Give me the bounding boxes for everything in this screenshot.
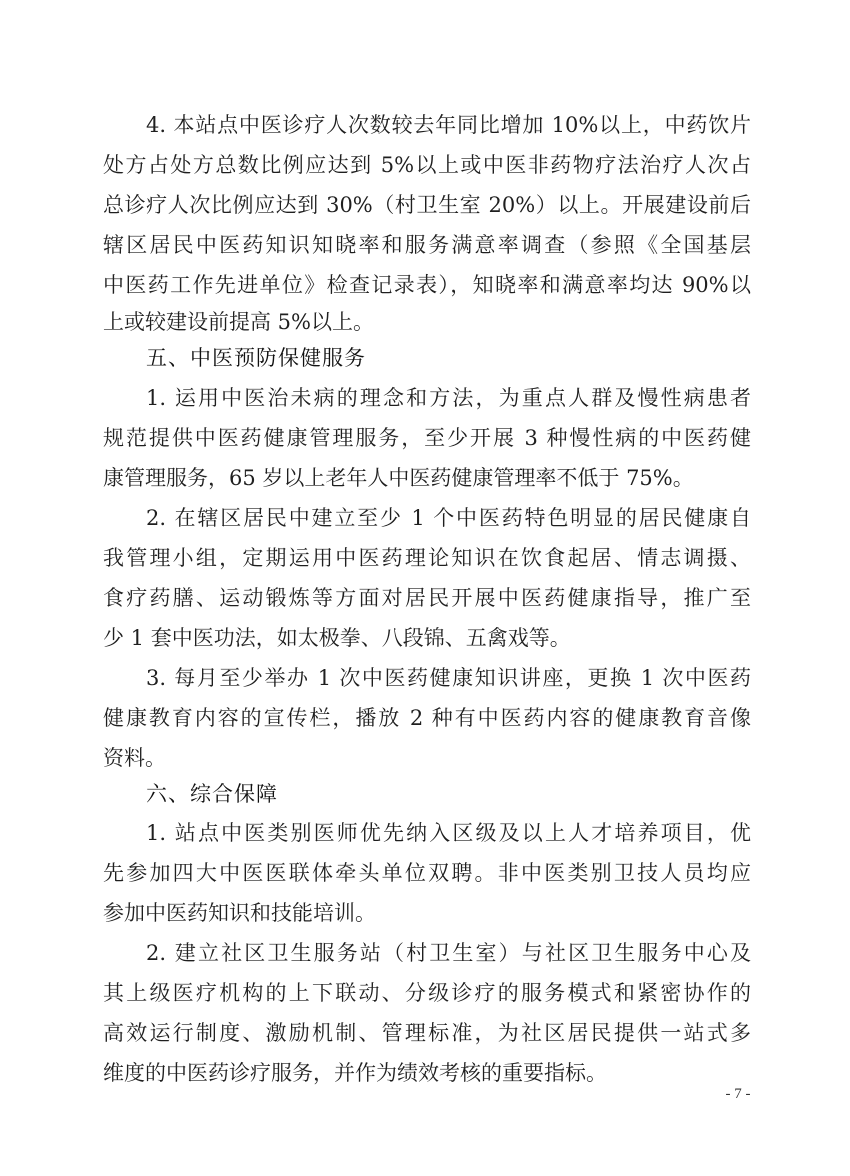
paragraph-line: 中医药工作先进单位》检查记录表），知晓率和满意率均达 90%以 (103, 265, 751, 305)
paragraph-line: 处方占处方总数比例应达到 5%以上或中医非药物疗法治疗人次占 (103, 145, 751, 185)
paragraph-line: 其上级医疗机构的上下联动、分级诊疗的服务模式和紧密协作的 (103, 973, 751, 1013)
paragraph-line: 健康教育内容的宣传栏，播放 2 种有中医药内容的健康教育音像 (103, 698, 751, 738)
paragraph-line: 维度的中医药诊疗服务，并作为绩效考核的重要指标。 (103, 1053, 751, 1093)
paragraph-line: 康管理服务，65 岁以上老年人中医药健康管理率不低于 75%。 (103, 458, 751, 498)
paragraph-line: 2. 在辖区居民中建立至少 1 个中医药特色明显的居民健康自 (146, 498, 751, 538)
paragraph-line: 3. 每月至少举办 1 次中医药健康知识讲座，更换 1 次中医药 (146, 658, 751, 698)
paragraph-line: 总诊疗人次比例应达到 30%（村卫生室 20%）以上。开展建设前后 (103, 185, 751, 225)
paragraph-line: 少 1 套中医功法，如太极拳、八段锦、五禽戏等。 (103, 618, 751, 658)
paragraph-line: 高效运行制度、激励机制、管理标准，为社区居民提供一站式多 (103, 1013, 751, 1053)
document-page: 4. 本站点中医诊疗人次数较去年同比增加 10%以上，中药饮片 处方占处方总数比… (0, 0, 850, 1176)
paragraph-line: 1. 运用中医治未病的理念和方法，为重点人群及慢性病患者 (146, 378, 751, 418)
paragraph-line: 先参加四大中医医联体牵头单位双聘。非中医类别卫技人员均应 (103, 853, 751, 893)
paragraph-line: 1. 站点中医类别医师优先纳入区级及以上人才培养项目，优 (146, 813, 751, 853)
section-heading: 六、综合保障 (146, 774, 278, 814)
paragraph-line: 规范提供中医药健康管理服务，至少开展 3 种慢性病的中医药健 (103, 418, 751, 458)
paragraph-line: 资料。 (103, 738, 751, 778)
page-number: - 7 - (718, 1086, 758, 1103)
paragraph-line: 辖区居民中医药知识知晓率和服务满意率调查（参照《全国基层 (103, 225, 751, 265)
section-heading: 五、中医预防保健服务 (146, 338, 366, 378)
paragraph-line: 食疗药膳、运动锻炼等方面对居民开展中医药健康指导，推广至 (103, 578, 751, 618)
paragraph-line: 参加中医药知识和技能培训。 (103, 893, 751, 933)
paragraph-line: 上或较建设前提高 5%以上。 (103, 302, 751, 342)
paragraph-line: 2. 建立社区卫生服务站（村卫生室）与社区卫生服务中心及 (146, 933, 751, 973)
paragraph-line: 4. 本站点中医诊疗人次数较去年同比增加 10%以上，中药饮片 (146, 105, 751, 145)
paragraph-line: 我管理小组，定期运用中医药理论知识在饮食起居、情志调摄、 (103, 538, 751, 578)
